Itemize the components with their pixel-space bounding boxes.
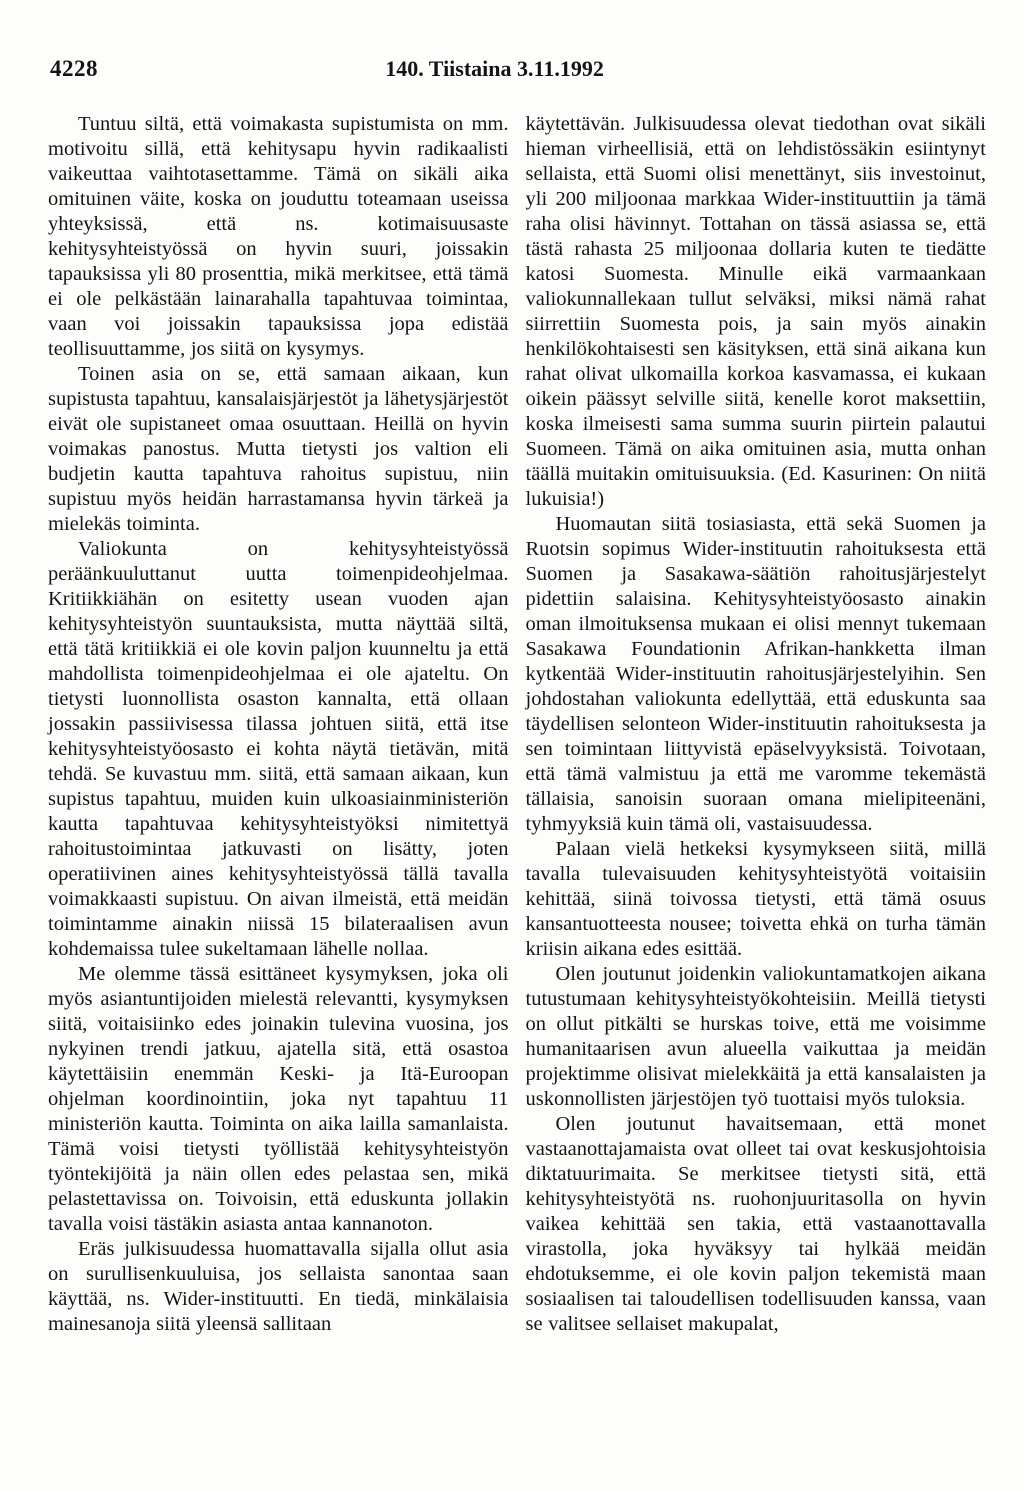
paragraph-left-3: Valiokunta on kehitysyhteistyössä perään… [48, 537, 509, 962]
left-column: Tuntuu siltä, että voimakasta supistumis… [48, 112, 509, 1337]
paragraph-right-3: Palaan vielä hetkeksi kysymykseen siitä,… [526, 837, 987, 962]
paragraph-right-5: Olen joutunut havaitsemaan, että monet v… [526, 1112, 987, 1337]
document-page: 4228 140. Tiistaina 3.11.1992 Tuntuu sil… [0, 0, 1024, 1491]
paragraph-right-2: Huomautan siitä tosiasiasta, että sekä S… [526, 512, 987, 837]
paragraph-right-1: käytettävän. Julkisuudessa olevat tiedot… [526, 112, 987, 512]
right-column: käytettävän. Julkisuudessa olevat tiedot… [526, 112, 987, 1337]
header-title: 140. Tiistaina 3.11.1992 [48, 56, 941, 82]
paragraph-left-1: Tuntuu siltä, että voimakasta supistumis… [48, 112, 509, 362]
text-columns: Tuntuu siltä, että voimakasta supistumis… [48, 112, 986, 1337]
paragraph-left-2: Toinen asia on se, että samaan aikaan, k… [48, 362, 509, 537]
paragraph-left-4: Me olemme tässä esittäneet kysymyksen, j… [48, 962, 509, 1237]
page-header: 4228 140. Tiistaina 3.11.1992 [48, 56, 986, 90]
paragraph-right-4: Olen joutunut joidenkin valiokuntamatkoj… [526, 962, 987, 1112]
paragraph-left-5: Eräs julkisuudessa huomattavalla sijalla… [48, 1237, 509, 1337]
